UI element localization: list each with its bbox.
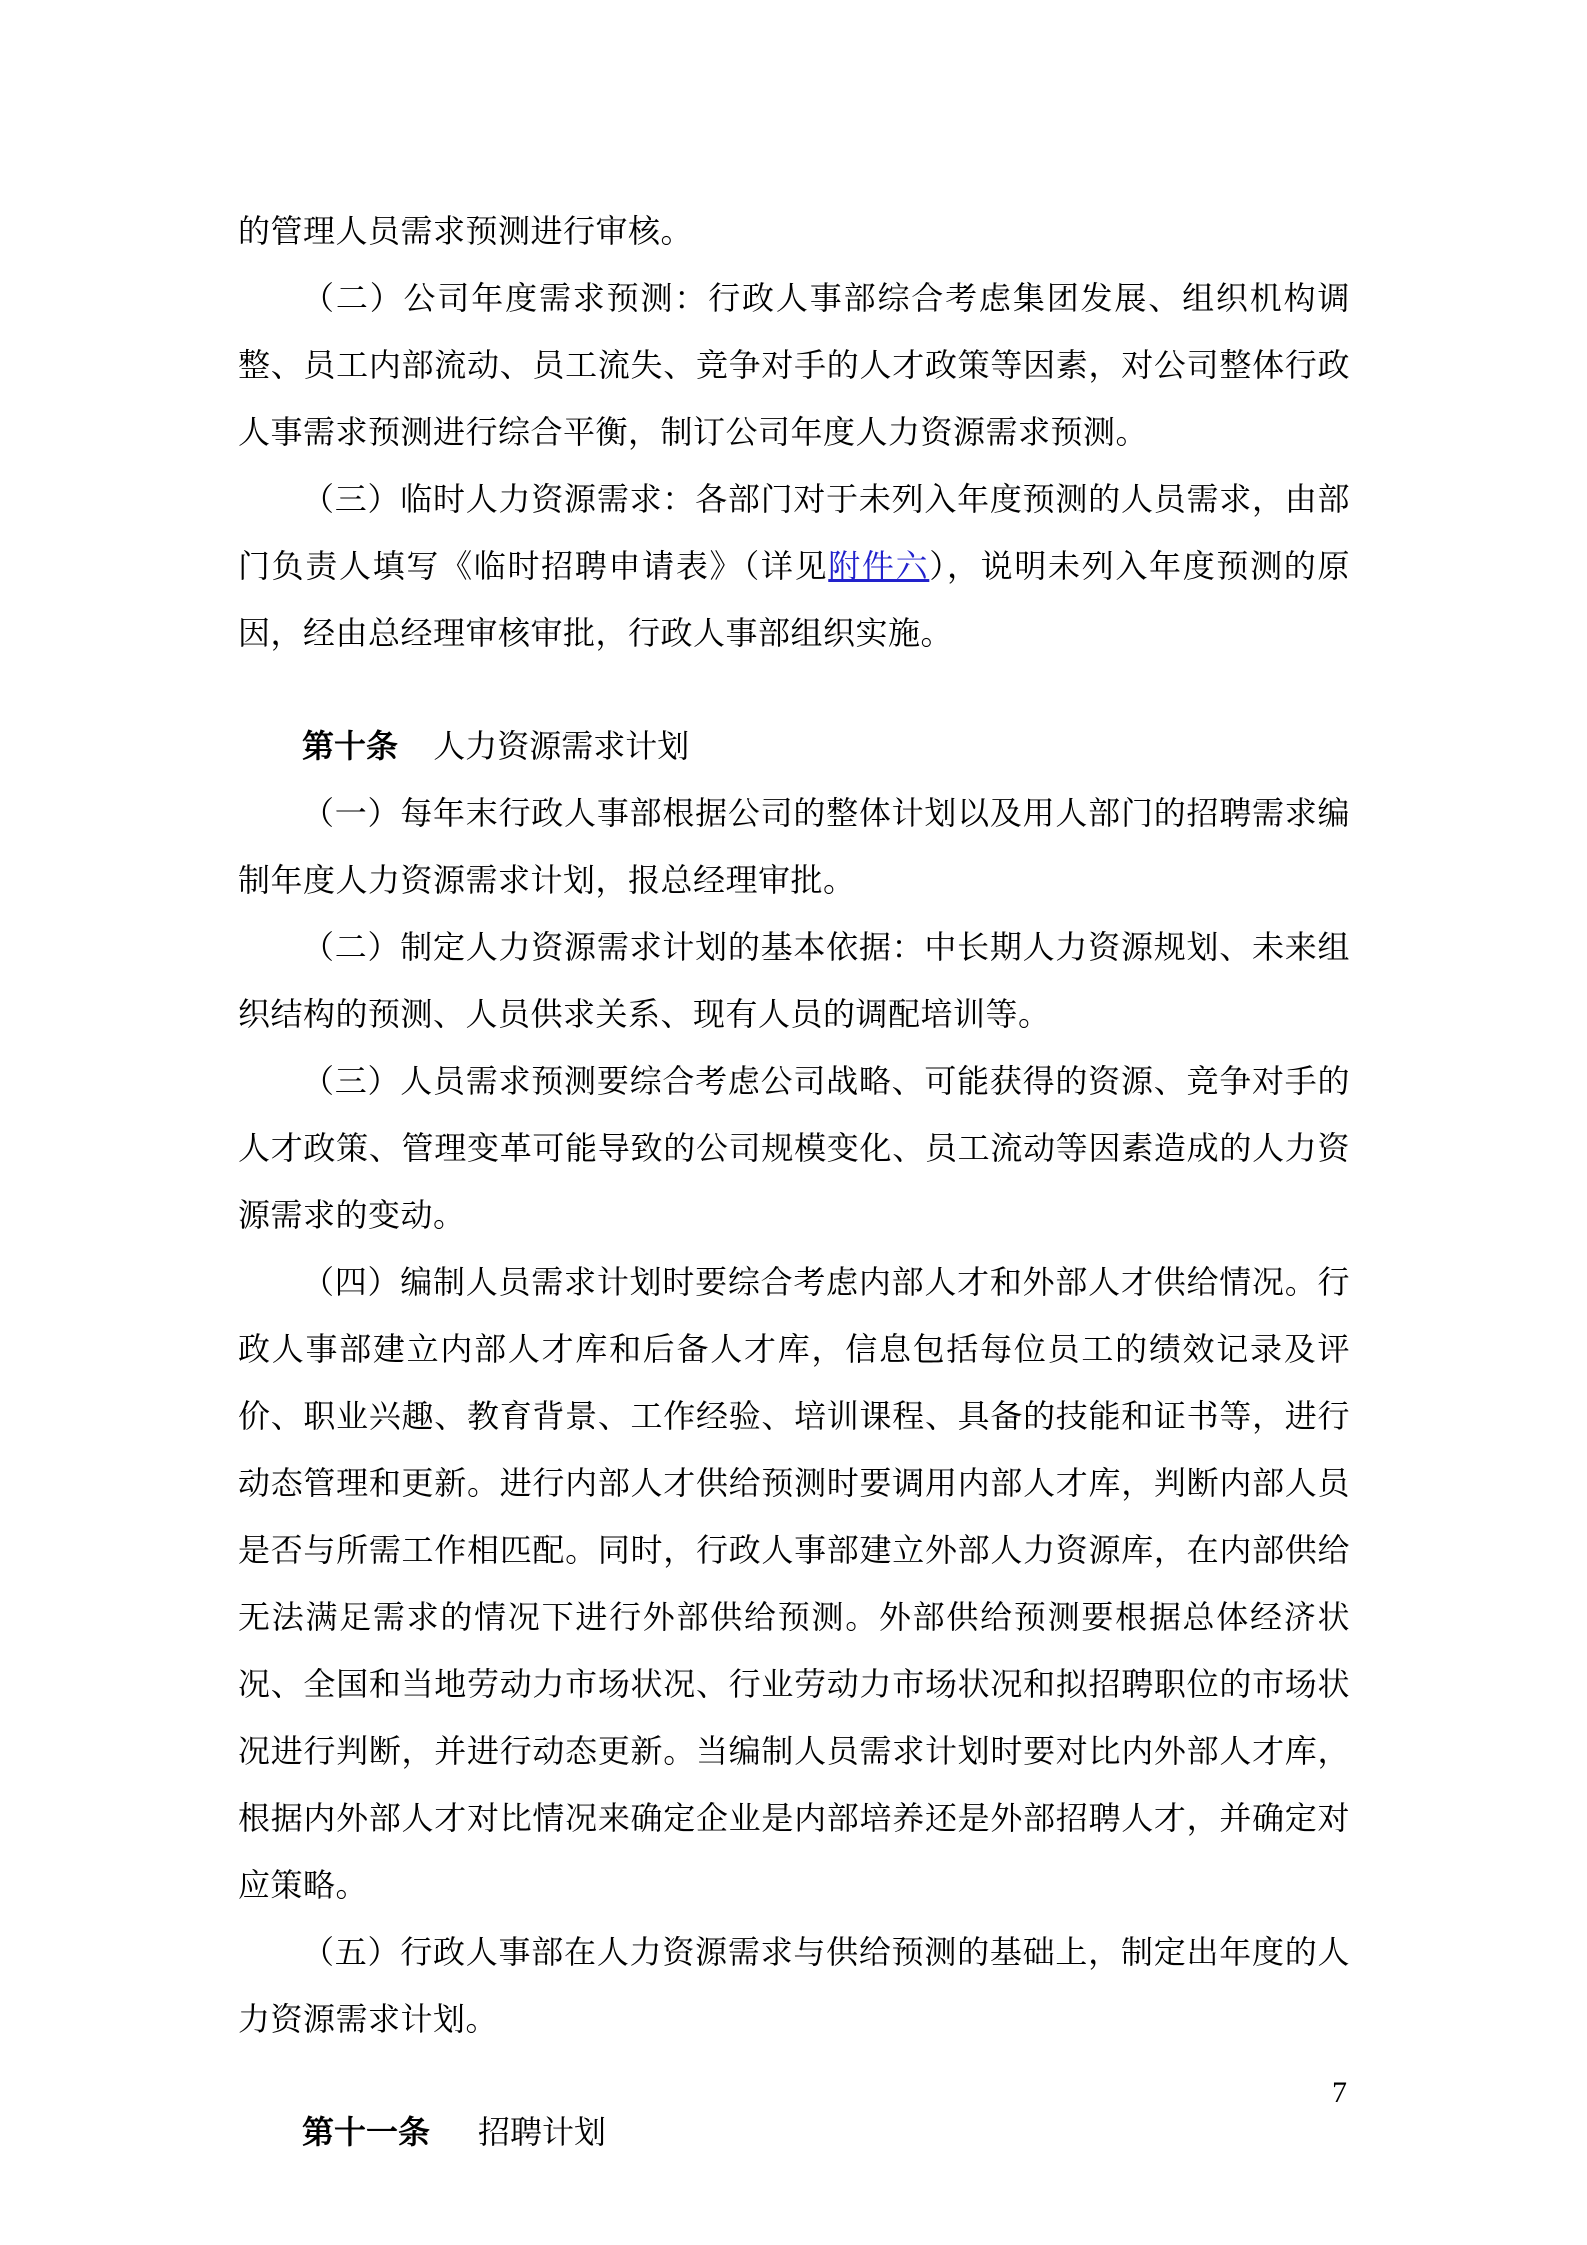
article-10-heading: 第十条人力资源需求计划 <box>238 713 1350 780</box>
article-10-number: 第十条 <box>302 728 398 764</box>
article-11-title: 招聘计划 <box>478 2114 606 2150</box>
paragraph-article10-clause-4: （四）编制人员需求计划时要综合考虑内部人才和外部人才供给情况。行政人事部建立内部… <box>238 1249 1350 1919</box>
article-10-title: 人力资源需求计划 <box>433 728 689 764</box>
paragraph-article10-clause-1: （一）每年末行政人事部根据公司的整体计划以及用人部门的招聘需求编制年度人力资源需… <box>238 780 1350 914</box>
document-page: 的管理人员需求预测进行审核。 （二）公司年度需求预测：行政人事部综合考虑集团发展… <box>0 0 1587 2245</box>
paragraph-continuation: 的管理人员需求预测进行审核。 <box>238 198 1350 265</box>
paragraph-clause-annual-forecast: （二）公司年度需求预测：行政人事部综合考虑集团发展、组织机构调整、员工内部流动、… <box>238 265 1350 466</box>
attachment-six-link[interactable]: 附件六 <box>828 548 929 584</box>
paragraph-article10-clause-2: （二）制定人力资源需求计划的基本依据：中长期人力资源规划、未来组织结构的预测、人… <box>238 914 1350 1048</box>
document-body: 的管理人员需求预测进行审核。 （二）公司年度需求预测：行政人事部综合考虑集团发展… <box>238 198 1350 2166</box>
paragraph-article10-clause-3: （三）人员需求预测要综合考虑公司战略、可能获得的资源、竞争对手的人才政策、管理变… <box>238 1048 1350 1249</box>
article-11-heading: 第十一条招聘计划 <box>238 2099 1350 2166</box>
paragraph-article10-clause-5: （五）行政人事部在人力资源需求与供给预测的基础上，制定出年度的人力资源需求计划。 <box>238 1919 1350 2053</box>
page-number: 7 <box>1332 2074 1347 2112</box>
paragraph-clause-temporary-demand: （三）临时人力资源需求：各部门对于未列入年度预测的人员需求，由部门负责人填写《临… <box>238 466 1350 667</box>
article-11-number: 第十一条 <box>302 2114 430 2150</box>
